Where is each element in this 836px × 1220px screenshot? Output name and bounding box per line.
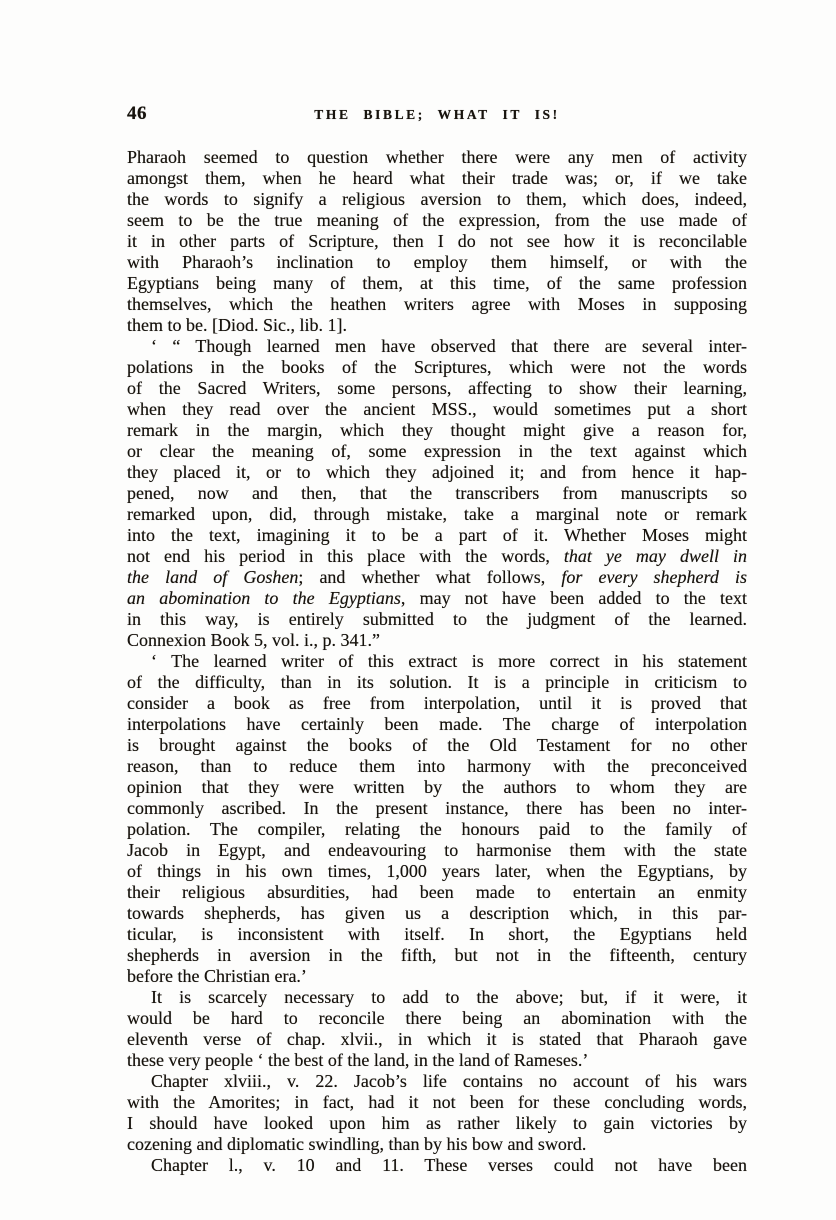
text-segment: is brought against the books of the Old … (127, 735, 747, 755)
text-line: with the Amorites; in fact, had it not b… (127, 1092, 747, 1113)
text-segment: pened, now and then, that the transcribe… (127, 483, 747, 503)
text-segment: remarked upon, did, through mistake, tak… (127, 504, 747, 524)
text-segment: Chapter xlviii., v. 22. Jacob’s life con… (151, 1071, 747, 1091)
paragraph: It is scarcely necessary to add to the a… (127, 987, 747, 1071)
text-line: It is scarcely necessary to add to the a… (127, 987, 747, 1008)
text-segment: Egyptians being many of them, at this ti… (127, 273, 747, 293)
text-segment: ticular, is inconsistent with itself. In… (127, 924, 747, 944)
text-segment: consider a book as free from interpolati… (127, 693, 747, 713)
text-line: with Pharaoh’s inclination to employ the… (127, 252, 747, 273)
text-segment: they placed it, or to which they adjoine… (127, 462, 747, 482)
text-line: is brought against the books of the Old … (127, 735, 747, 756)
text-segment: polations in the books of the Scriptures… (127, 357, 747, 377)
paragraph: Chapter xlviii., v. 22. Jacob’s life con… (127, 1071, 747, 1155)
text-segment: it in other parts of Scripture, then I d… (127, 231, 747, 251)
body-text: Pharaoh seemed to question whether there… (127, 147, 747, 1176)
text-line: polation. The compiler, relating the hon… (127, 819, 747, 840)
text-line: these very people ‘ the best of the land… (127, 1050, 747, 1071)
text-segment: remark in the margin, which they thought… (127, 420, 747, 440)
text-segment: Connexion Book 5, vol. i., p. 341.” (127, 630, 380, 650)
text-line: remark in the margin, which they thought… (127, 420, 747, 441)
text-line: reason, than to reduce them into harmony… (127, 756, 747, 777)
text-segment: ; and whether what follows, (298, 567, 561, 587)
text-segment: shepherds in aversion in the fifth, but … (127, 945, 747, 965)
text-line: it in other parts of Scripture, then I d… (127, 231, 747, 252)
text-segment: interpolations have certainly been made.… (127, 714, 747, 734)
text-segment: when they read over the ancient MSS., wo… (127, 399, 747, 419)
text-line: ticular, is inconsistent with itself. In… (127, 924, 747, 945)
text-line: Connexion Book 5, vol. i., p. 341.” (127, 630, 747, 651)
text-segment: with Pharaoh’s inclination to employ the… (127, 252, 747, 272)
text-line: interpolations have certainly been made.… (127, 714, 747, 735)
text-line: themselves, which the heathen writers ag… (127, 294, 747, 315)
italic-text: an abomination to the Egyptians (127, 588, 401, 608)
text-segment: before the Christian era.’ (127, 966, 307, 986)
text-line: I should have looked upon him as rather … (127, 1113, 747, 1134)
text-segment: of the Sacred Writers, some persons, aff… (127, 378, 747, 398)
text-segment: reason, than to reduce them into harmony… (127, 756, 747, 776)
scanned-book-page: 46 THE BIBLE; WHAT IT IS! Pharaoh seemed… (0, 0, 836, 1220)
text-line: an abomination to the Egyptians, may not… (127, 588, 747, 609)
text-segment: It is scarcely necessary to add to the a… (151, 987, 747, 1007)
text-segment: polation. The compiler, relating the hon… (127, 819, 747, 839)
text-segment: of the difficulty, than in its solution.… (127, 672, 747, 692)
text-segment: the words to signify a religious aversio… (127, 189, 747, 209)
text-line: towards shepherds, has given us a descri… (127, 903, 747, 924)
paragraph: Pharaoh seemed to question whether there… (127, 147, 747, 336)
text-line: Chapter xlviii., v. 22. Jacob’s life con… (127, 1071, 747, 1092)
text-segment: ‘ “ Though learned men have observed tha… (151, 336, 747, 356)
text-line: amongst them, when he heard what their t… (127, 168, 747, 189)
text-line: consider a book as free from interpolati… (127, 693, 747, 714)
text-segment: themselves, which the heathen writers ag… (127, 294, 747, 314)
text-segment: with the Amorites; in fact, had it not b… (127, 1092, 747, 1112)
text-segment: eleventh verse of chap. xlvii., in which… (127, 1029, 747, 1049)
text-segment: would be hard to reconcile there being a… (127, 1008, 747, 1028)
text-line: ‘ The learned writer of this extract is … (127, 651, 747, 672)
text-line: pened, now and then, that the transcribe… (127, 483, 747, 504)
text-line: before the Christian era.’ (127, 966, 747, 987)
text-line: or clear the meaning of, some expression… (127, 441, 747, 462)
italic-text: for every shepherd is (561, 567, 747, 587)
text-segment: I should have looked upon him as rather … (127, 1113, 747, 1133)
text-segment: opinion that they were written by the au… (127, 777, 747, 797)
paragraph: ‘ “ Though learned men have observed tha… (127, 336, 747, 651)
page-number: 46 (127, 103, 147, 125)
text-segment: these very people ‘ the best of the land… (127, 1050, 588, 1070)
text-line: ‘ “ Though learned men have observed tha… (127, 336, 747, 357)
text-line: not end his period in this place with th… (127, 546, 747, 567)
text-line: seem to be the true meaning of the expre… (127, 210, 747, 231)
text-line: would be hard to reconcile there being a… (127, 1008, 747, 1029)
text-line: commonly ascribed. In the present instan… (127, 798, 747, 819)
text-segment: seem to be the true meaning of the expre… (127, 210, 747, 230)
text-line: they placed it, or to which they adjoine… (127, 462, 747, 483)
text-segment: of things in his own times, 1,000 years … (127, 861, 747, 881)
text-segment: in this way, is entirely submitted to th… (127, 609, 747, 629)
text-line: in this way, is entirely submitted to th… (127, 609, 747, 630)
running-title: THE BIBLE; WHAT IT IS! (127, 103, 747, 123)
text-line: polations in the books of the Scriptures… (127, 357, 747, 378)
text-segment: Pharaoh seemed to question whether there… (127, 147, 747, 167)
text-line: of the Sacred Writers, some persons, aff… (127, 378, 747, 399)
text-line: into the text, imagining it to be a part… (127, 525, 747, 546)
text-segment: ‘ The learned writer of this extract is … (151, 651, 747, 671)
text-line: the land of Goshen; and whether what fol… (127, 567, 747, 588)
text-segment: or clear the meaning of, some expression… (127, 441, 747, 461)
text-line: the words to signify a religious aversio… (127, 189, 747, 210)
text-line: them to be. [Diod. Sic., lib. 1]. (127, 315, 747, 336)
text-segment: cozening and diplomatic swindling, than … (127, 1134, 586, 1154)
text-line: of the difficulty, than in its solution.… (127, 672, 747, 693)
text-segment: commonly ascribed. In the present instan… (127, 798, 747, 818)
paragraph: ‘ The learned writer of this extract is … (127, 651, 747, 987)
text-line: Egyptians being many of them, at this ti… (127, 273, 747, 294)
text-line: when they read over the ancient MSS., wo… (127, 399, 747, 420)
text-line: cozening and diplomatic swindling, than … (127, 1134, 747, 1155)
text-segment: Chapter l., v. 10 and 11. These verses c… (151, 1155, 747, 1175)
text-line: shepherds in aversion in the fifth, but … (127, 945, 747, 966)
text-line: opinion that they were written by the au… (127, 777, 747, 798)
text-segment: , may not have been added to the text (401, 588, 747, 608)
text-segment: them to be. [Diod. Sic., lib. 1]. (127, 315, 347, 335)
italic-text: that ye may dwell in (564, 546, 747, 566)
text-line: Pharaoh seemed to question whether there… (127, 147, 747, 168)
paragraph: Chapter l., v. 10 and 11. These verses c… (127, 1155, 747, 1176)
text-line: eleventh verse of chap. xlvii., in which… (127, 1029, 747, 1050)
text-line: remarked upon, did, through mistake, tak… (127, 504, 747, 525)
text-segment: amongst them, when he heard what their t… (127, 168, 747, 188)
italic-text: the land of Goshen (127, 567, 298, 587)
text-segment: not end his period in this place with th… (127, 546, 564, 566)
text-line: Jacob in Egypt, and endeavouring to harm… (127, 840, 747, 861)
text-segment: Jacob in Egypt, and endeavouring to harm… (127, 840, 747, 860)
text-segment: towards shepherds, has given us a descri… (127, 903, 747, 923)
text-segment: their religious absurdities, had been ma… (127, 882, 747, 902)
page-header: 46 THE BIBLE; WHAT IT IS! (127, 103, 747, 129)
text-segment: into the text, imagining it to be a part… (127, 525, 747, 545)
text-line: Chapter l., v. 10 and 11. These verses c… (127, 1155, 747, 1176)
text-line: their religious absurdities, had been ma… (127, 882, 747, 903)
text-line: of things in his own times, 1,000 years … (127, 861, 747, 882)
